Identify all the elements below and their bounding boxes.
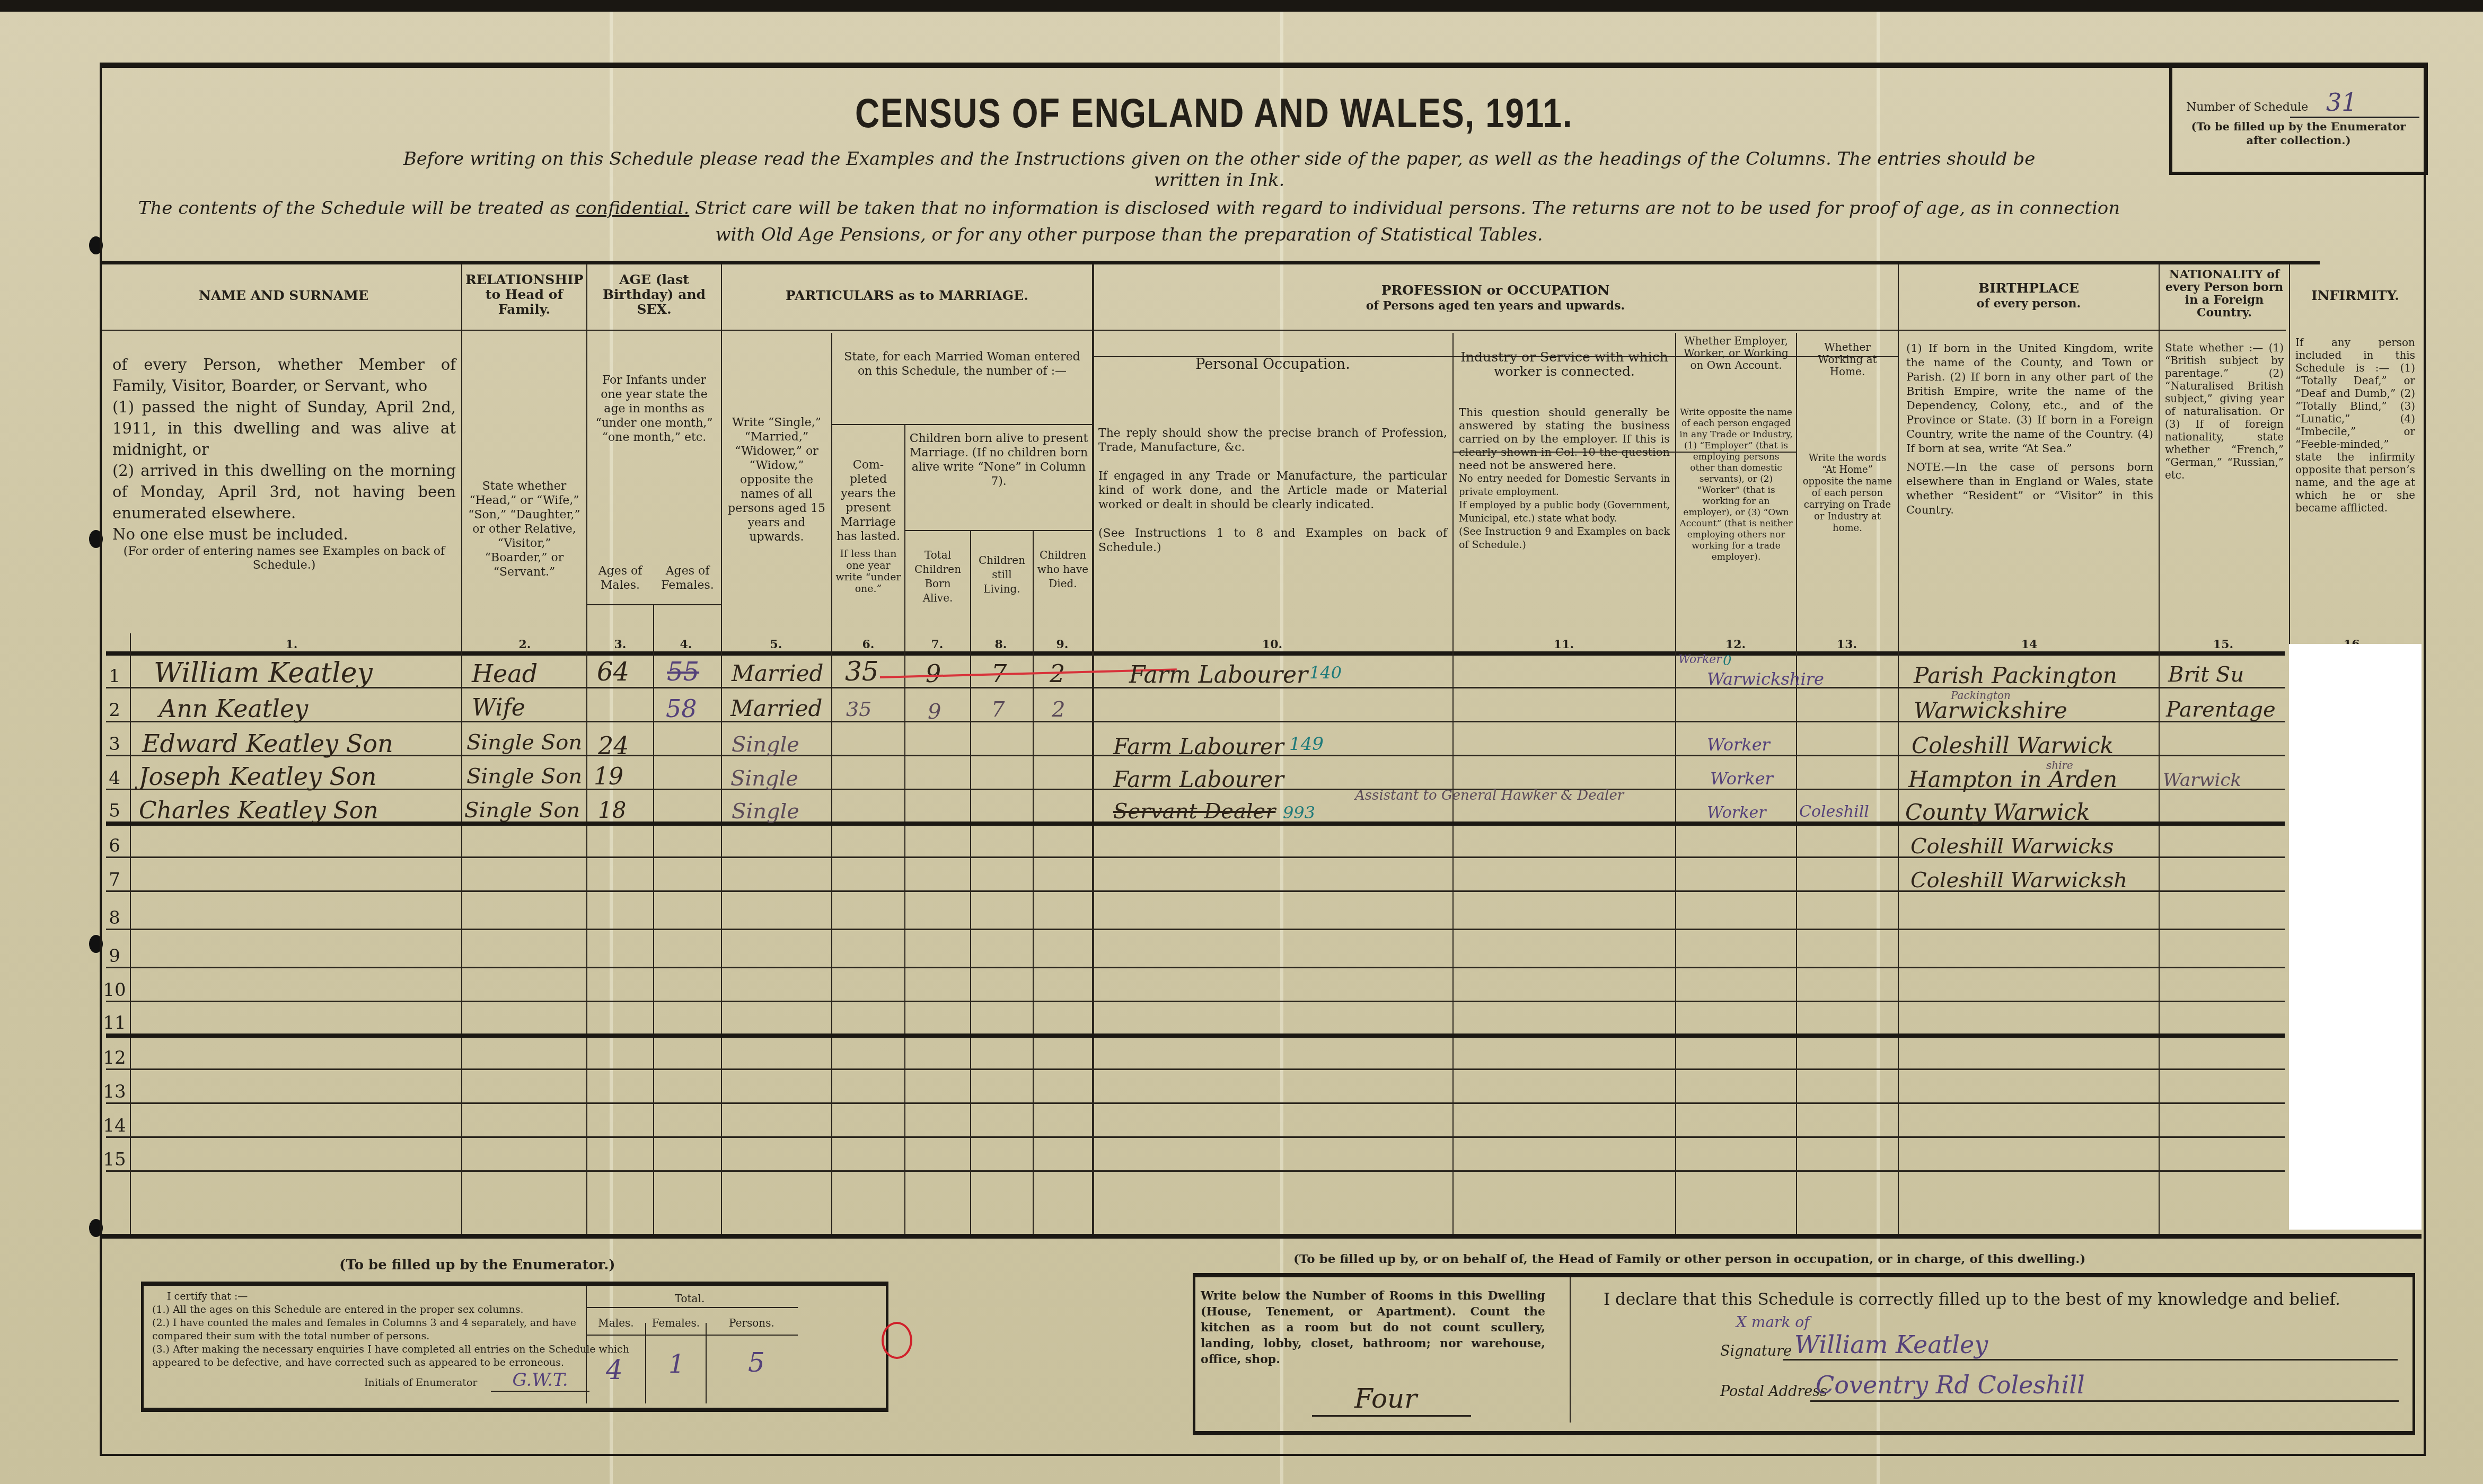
cell-relationship[interactable]: Single Son	[466, 764, 582, 789]
cell-employer-code: 0	[1723, 653, 1732, 669]
cell-age-male[interactable]: 19	[594, 763, 623, 790]
name-instr-intro: of every Person, whether Member of Famil…	[112, 354, 456, 396]
row-rule	[106, 1170, 2285, 1172]
declaration-text: I declare that this Schedule is correctl…	[1604, 1290, 2340, 1309]
completed-years-label: Com- pleted years the present Marriage h…	[832, 456, 904, 546]
colnum-11: 11.	[1548, 638, 1580, 651]
header-occupation-sub: of Persons aged ten years and upwards.	[1093, 297, 1898, 315]
cell-relationship[interactable]: Head	[472, 659, 538, 688]
cell-name[interactable]: Edward Keatley Son	[142, 729, 393, 758]
children-subdivider	[904, 530, 1092, 531]
name-instructions: of every Person, whether Member of Famil…	[109, 352, 459, 575]
enumerator-section-title: (To be filled up by the Enumerator.)	[339, 1257, 615, 1273]
cell-relationship[interactable]: Single Son	[464, 798, 580, 823]
header-infirmity: INFIRMITY.	[2290, 286, 2420, 305]
rooms-divider	[1570, 1277, 1571, 1423]
certify-item-1: (1.) All the ages on this Schedule are e…	[152, 1303, 629, 1317]
colnum-12: 12.	[1720, 638, 1751, 651]
confidential-notice-post: Strict care will be taken that no inform…	[689, 198, 2120, 245]
colnum-3: 3.	[604, 638, 636, 651]
rownum-divider	[130, 633, 131, 1235]
row-number: 15	[103, 1149, 126, 1170]
cell-birthplace[interactable]: Parish Packington	[1914, 662, 2117, 688]
redacted-area	[2289, 644, 2422, 1230]
row-rule	[106, 967, 2285, 968]
cell-name[interactable]: Charles Keatley Son	[139, 797, 378, 824]
col-divider-3	[653, 604, 654, 1235]
industry-instr-2: No entry needed for Domestic Servants in…	[1459, 472, 1670, 499]
cell-birthplace[interactable]: Hampton in Arden	[1908, 766, 2117, 792]
cell-age-male[interactable]: 24	[598, 731, 629, 760]
certification-text: I certify that :— (1.) All the ages on t…	[152, 1290, 629, 1390]
children-died-label: Children who have Died.	[1034, 546, 1092, 593]
row-number: 11	[103, 1012, 126, 1033]
marriage-woman-instructions: State, for each Married Woman entered on…	[832, 348, 1092, 381]
col-divider-15	[2289, 264, 2290, 646]
schedule-number-underline	[2290, 117, 2419, 118]
personal-instr-3: (See Instructions 1 to 8 and Examples on…	[1098, 526, 1447, 555]
cell-birthplace[interactable]: Warwickshire	[1914, 697, 2067, 723]
schedule-number-box: Number of Schedule 31 (To be filled up b…	[2169, 63, 2428, 175]
cell-occupation-code: 140	[1309, 662, 1342, 683]
name-instr-no-one-else: No one else must be included.	[112, 524, 456, 545]
certify-item-2: (2.) I have counted the males and female…	[152, 1317, 629, 1343]
name-instr-item2: (2) arrived in this dwelling on the morn…	[112, 460, 456, 524]
total-rule	[586, 1307, 798, 1308]
rooms-underline	[1312, 1415, 1471, 1417]
row-number: 3	[103, 734, 126, 755]
total-label: Total.	[663, 1292, 716, 1305]
rooms-value[interactable]: Four	[1354, 1383, 1417, 1414]
address-value[interactable]: Coventry Rd Coleshill	[1816, 1371, 2085, 1399]
name-instr-order-note: (For order of entering names see Example…	[112, 545, 456, 572]
row-rule	[106, 1068, 2285, 1070]
schedule-number-value[interactable]: 31	[2326, 88, 2357, 117]
cell-relationship[interactable]: Wife	[472, 694, 525, 721]
signature-mark: X mark of	[1736, 1313, 1810, 1331]
certify-heading: I certify that :—	[152, 1290, 629, 1303]
cell-name[interactable]: William Keatley	[154, 657, 373, 689]
personal-instr-2: If engaged in any Trade or Manufacture, …	[1098, 469, 1447, 512]
total-rule	[586, 1335, 798, 1336]
head-section-title: (To be filled up by, or on behalf of, th…	[1293, 1252, 2085, 1266]
col-divider-14	[2159, 264, 2160, 1235]
cell-marital[interactable]: Single	[732, 732, 799, 757]
row-number: 14	[103, 1115, 126, 1136]
birthplace-instructions: (1) If born in the United Kingdom, write…	[1903, 339, 2156, 519]
initials-value[interactable]: G.W.T.	[491, 1370, 589, 1392]
row-number: 13	[103, 1081, 126, 1102]
cell-marital[interactable]: Married	[730, 695, 822, 721]
cell-nationality[interactable]: Brit Su	[2168, 662, 2244, 687]
schedule-number-note: (To be filled up by the Enumerator after…	[2178, 120, 2419, 147]
colnum-10: 10.	[1256, 638, 1288, 651]
colnum-7: 7.	[921, 638, 953, 651]
industry-instr-4: (See Instruction 9 and Examples on back …	[1459, 525, 1670, 552]
row-number: 4	[103, 767, 126, 789]
age-subdivider	[586, 604, 721, 605]
cell-employer[interactable]: Worker	[1707, 735, 1770, 755]
head-of-family-box: Write below the Number of Rooms in this …	[1193, 1273, 2415, 1435]
page-title: CENSUS OF ENGLAND AND WALES, 1911.	[801, 89, 1627, 137]
industry-instructions: This question should generally be answer…	[1456, 404, 1673, 554]
signature-underline	[1783, 1359, 2398, 1361]
header-age: AGE (last Birthday) and SEX.	[587, 270, 721, 319]
confidential-notice-pre: The contents of the Schedule will be tre…	[138, 198, 576, 219]
colnum-5: 5.	[760, 638, 792, 651]
nationality-instructions: State whether :— (1) “British subject by…	[2162, 339, 2287, 483]
row-rule	[106, 1001, 2285, 1002]
cell-nationality[interactable]: Warwick	[2163, 770, 2241, 791]
total-females[interactable]: 1	[668, 1349, 685, 1379]
signature-label: Signature	[1720, 1343, 1792, 1359]
personal-instr-1: The reply should show the precise branch…	[1098, 426, 1447, 455]
colnum-2: 2.	[509, 638, 541, 651]
name-instr-item1: (1) passed the night of Sunday, April 2n…	[112, 396, 456, 460]
cell-birthplace[interactable]: Coleshill Warwicksh	[1910, 868, 2127, 893]
cell-home[interactable]: Warwickshire	[1707, 669, 1824, 689]
cell-occupation-note: Assistant to General Hawker & Dealer	[1355, 788, 1624, 803]
cell-marital[interactable]: Single	[732, 799, 799, 824]
employer-instructions: Write opposite the name of each person e…	[1676, 354, 1796, 565]
initials-row: Initials of Enumerator G.W.T.	[152, 1374, 629, 1390]
personal-occupation-instructions: The reply should show the precise branch…	[1095, 424, 1450, 557]
cell-occupation[interactable]: Farm Labourer	[1113, 734, 1284, 759]
cell-birthplace[interactable]: Coleshill Warwick	[1912, 732, 2114, 758]
cell-name[interactable]: Joseph Keatley Son	[139, 762, 376, 791]
total-males[interactable]: 4	[606, 1355, 623, 1385]
col-divider-13	[1898, 264, 1899, 1235]
row-number: 9	[103, 946, 126, 967]
row-number: 2	[103, 700, 126, 721]
age-males-label: Ages of Males.	[587, 562, 653, 595]
confidential-word: confidential.	[576, 198, 689, 219]
industry-instr-3: If employed by a public body (Government…	[1459, 499, 1670, 525]
industry-instr-1: This question should generally be answer…	[1459, 406, 1670, 472]
colnum-15: 15.	[2207, 638, 2239, 651]
cell-occupation[interactable]: Farm Labourer	[1129, 661, 1308, 688]
certify-item-3: (3.) After making the necessary enquirie…	[152, 1343, 629, 1370]
cell-age-male[interactable]: 18	[598, 797, 626, 823]
row-number: 1	[103, 666, 126, 687]
row-rule	[106, 929, 2285, 930]
row-number: 12	[103, 1047, 126, 1068]
cell-employer[interactable]: Worker	[1678, 653, 1722, 666]
children-born-instructions: Children born alive to present Marriage.…	[905, 429, 1092, 491]
colnum-6: 6.	[852, 638, 884, 651]
header-divider	[102, 330, 2286, 331]
cell-children-born[interactable]: 9	[928, 700, 941, 724]
cell-name[interactable]: Ann Keatley	[159, 694, 308, 723]
relationship-instructions: State whether “Head,” or “Wife,” “Son,” …	[462, 477, 586, 581]
cell-marital[interactable]: Married	[732, 660, 823, 686]
header-relationship: RELATIONSHIP to Head of Family.	[462, 270, 586, 319]
col-divider-10	[1452, 333, 1454, 1235]
instructions-subtitle: Before writing on this Schedule please r…	[371, 148, 2067, 191]
cell-occupation[interactable]: Servant Dealer	[1113, 799, 1275, 824]
address-label: Postal Address	[1720, 1383, 1827, 1400]
birthplace-note: NOTE.—In the case of persons born elsewh…	[1906, 460, 2153, 517]
cell-relationship[interactable]: Single Son	[466, 730, 582, 755]
industry-label: Industry or Service with which worker is…	[1454, 348, 1675, 381]
col-divider-8	[1033, 530, 1034, 1235]
rooms-instructions: Write below the Number of Rooms in this …	[1201, 1288, 1545, 1367]
cell-occupation-code: 149	[1289, 734, 1324, 755]
personal-occupation-label: Personal Occupation.	[1093, 355, 1452, 374]
colnum-8: 8.	[985, 638, 1017, 651]
cell-employer[interactable]: Worker	[1710, 768, 1773, 789]
header-marriage: PARTICULARS as to MARRIAGE.	[722, 286, 1092, 305]
cell-occupation-code: 993	[1283, 802, 1315, 823]
colnum-4: 4.	[670, 638, 702, 651]
males-label: Males.	[587, 1317, 645, 1329]
infirmity-instructions: If any person included in this Schedule …	[2292, 334, 2418, 516]
cell-occupation[interactable]: Farm Labourer	[1113, 766, 1284, 792]
cell-marital[interactable]: Single	[730, 766, 798, 791]
cell-age-female[interactable]: 55	[667, 657, 699, 687]
header-birthplace-sub: of every person.	[1899, 295, 2159, 313]
age-females-label: Ages of Females.	[654, 562, 721, 595]
cell-nationality[interactable]: Parentage	[2166, 697, 2276, 722]
colnum-14: 14	[2013, 638, 2045, 651]
birthplace-instr: (1) If born in the United Kingdom, write…	[1906, 341, 2153, 456]
cell-children-born[interactable]: 9	[926, 659, 941, 688]
marriage-subdivider	[831, 424, 1092, 425]
row-number: 7	[103, 869, 126, 890]
initials-label: Initials of Enumerator	[364, 1377, 477, 1389]
colnum-9: 9.	[1046, 638, 1078, 651]
header-name: NAME AND SURNAME	[106, 286, 461, 305]
table-bottom-rule	[100, 1234, 2422, 1239]
cell-age-female[interactable]: 58	[666, 694, 697, 723]
cell-birthplace[interactable]: County Warwick	[1905, 799, 2090, 825]
row-number: 6	[103, 835, 126, 856]
home-instructions: Write the words “At Home” opposite the n…	[1797, 450, 1898, 536]
cell-birthplace[interactable]: Coleshill Warwicks	[1910, 834, 2114, 859]
home-label: Whether Working at Home.	[1797, 339, 1898, 380]
col-divider-7	[970, 530, 971, 1235]
cell-years-married[interactable]: 35	[845, 656, 879, 687]
cell-home[interactable]: Coleshill	[1799, 802, 1869, 821]
total-divider	[586, 1286, 587, 1403]
header-top-rule	[100, 261, 2320, 264]
schedule-number-label: Number of Schedule	[2186, 101, 2308, 114]
signature-value[interactable]: William Keatley	[1794, 1330, 1988, 1359]
age-instructions: For Infants under one year state the age…	[587, 371, 721, 447]
enumerator-box: I certify that :— (1.) All the ages on t…	[141, 1282, 888, 1412]
header-bottom-rule	[106, 651, 2285, 656]
cell-years-married[interactable]: 35	[846, 697, 871, 721]
cell-children-living[interactable]: 7	[991, 697, 1005, 722]
cell-age-male[interactable]: 64	[597, 657, 629, 687]
row-number: 8	[103, 907, 126, 929]
confidential-notice: The contents of the Schedule will be tre…	[122, 195, 2136, 248]
less-than-year-note: If less than one year write “under one.”	[832, 546, 904, 597]
col-divider-4	[721, 264, 722, 1235]
marriage-write-instructions: Write “Single,” “Married,” “Widower,” or…	[722, 413, 831, 546]
total-persons[interactable]: 5	[748, 1347, 765, 1378]
row-rule	[106, 1102, 2285, 1104]
cell-employer[interactable]: Worker	[1707, 803, 1766, 822]
total-children-label: Total Children Born Alive.	[905, 546, 970, 607]
address-underline	[1810, 1400, 2399, 1402]
children-living-label: Children still Living.	[971, 551, 1033, 598]
colnum-1: 1.	[276, 638, 307, 651]
colnum-13: 13.	[1831, 638, 1863, 651]
cell-children-died[interactable]: 2	[1052, 697, 1065, 722]
col-divider-1	[461, 264, 462, 1235]
col-divider-9	[1092, 264, 1094, 1235]
females-label: Females.	[646, 1317, 706, 1329]
row-rule	[106, 1136, 2285, 1138]
row-number: 5	[103, 800, 126, 821]
row-rule-thick	[106, 1033, 2285, 1038]
header-nationality: NATIONALITY of every Person born in a Fo…	[2160, 266, 2289, 321]
red-circle-mark-icon	[882, 1322, 912, 1359]
persons-label: Persons.	[707, 1317, 797, 1329]
row-number: 10	[103, 979, 126, 1001]
